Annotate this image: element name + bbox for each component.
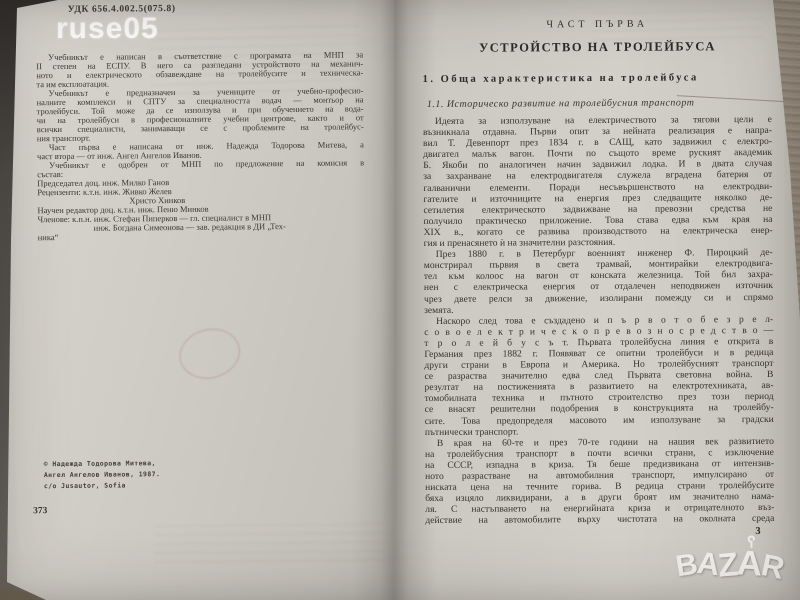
part-heading: ЧАСТ ПЪРВА <box>422 18 772 31</box>
left-page-content: УДК 656.4.002.5(075.8) Учебникът е напис… <box>0 0 399 600</box>
bazar-logo: B A Z A R <box>676 546 783 581</box>
stamp-mark <box>173 322 246 386</box>
imprint-text: Учебникът е написан в съответствие с про… <box>36 50 365 242</box>
copyright-block: © Надежда Тодорова Митева,Ангел Ангелов … <box>44 458 161 492</box>
showthrough-smudge <box>154 521 384 563</box>
right-page-content: ЧАСТ ПЪРВА УСТРОЙСТВО НА ТРОЛЕЙБУСА 1. О… <box>392 0 800 600</box>
text-line: чрез двете релси за движение, изолирани … <box>424 291 773 304</box>
section-heading: 1. Обща характеристика на тролейбуса <box>423 72 773 85</box>
copyright-line: c/o Jusautor, Sofia <box>44 480 161 492</box>
left-page: УДК 656.4.002.5(075.8) Учебникът е напис… <box>0 0 394 600</box>
body-text: Идеята за използуване на електричеството… <box>423 114 775 527</box>
copyright-line: Ангел Ангелов Иванов, 1987. <box>44 469 161 481</box>
text-line: сите. Това предопределя масовото им изпо… <box>425 413 774 426</box>
right-page: ЧАСТ ПЪРВА УСТРОЙСТВО НА ТРОЛЕЙБУСА 1. О… <box>394 0 800 600</box>
seller-watermark: ruse05 <box>56 12 159 46</box>
subsection-heading: 1.1. Историческо развитие на тролейбусни… <box>427 97 695 110</box>
text-line: действие на автомобилите върху чистотата… <box>425 513 774 526</box>
left-page-number: 373 <box>33 506 47 516</box>
bazar-letter-with-hanger: A <box>737 546 761 581</box>
text-line: ника“ <box>38 230 365 242</box>
chapter-title: УСТРОЙСТВО НА ТРОЛЕЙБУСА <box>422 39 772 56</box>
bazar-letter: R <box>758 549 785 584</box>
book-photo: УДК 656.4.002.5(075.8) Учебникът е напис… <box>0 0 800 600</box>
